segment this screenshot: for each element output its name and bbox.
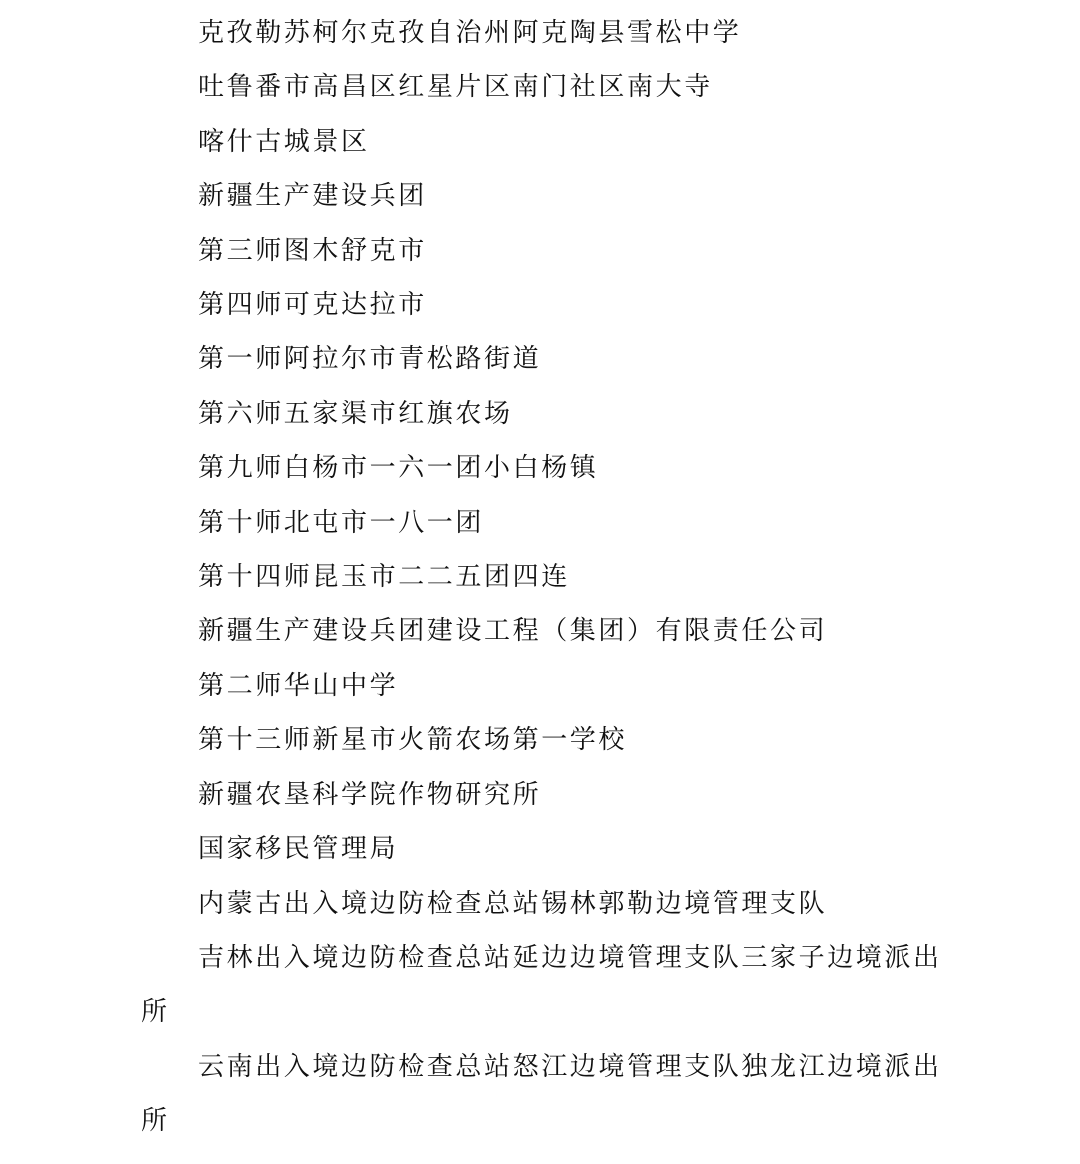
entry-kashgar-old-city: 喀什古城景区 [141, 115, 951, 169]
entry-turpan-nanda-temple: 吐鲁番市高昌区红星片区南门社区南大寺 [141, 60, 951, 114]
entry-inner-mongolia-xilingol: 内蒙古出入境边防检查总站锡林郭勒边境管理支队 [141, 877, 951, 931]
entry-third-division-tumxuk: 第三师图木舒克市 [141, 224, 951, 278]
entry-jilin-sanjiazi-police-station: 吉林出入境边防检查总站延边边境管理支队三家子边境派出所 [141, 931, 951, 1040]
entry-national-immigration-administration: 国家移民管理局 [141, 822, 951, 876]
entry-tenth-division-beitun: 第十师北屯市一八一团 [141, 496, 951, 550]
entry-fourth-division-kokdala: 第四师可克达拉市 [141, 278, 951, 332]
entry-xpcc-construction-group: 新疆生产建设兵团建设工程（集团）有限责任公司 [141, 604, 951, 658]
entry-xpcc-heading: 新疆生产建设兵团 [141, 169, 951, 223]
entry-fourteenth-division-kunyu: 第十四师昆玉市二二五团四连 [141, 550, 951, 604]
entry-kezilesu-akto-xuesong-school: 克孜勒苏柯尔克孜自治州阿克陶县雪松中学 [141, 6, 951, 60]
entry-xinjiang-academy-agri-reclamation: 新疆农垦科学院作物研究所 [141, 768, 951, 822]
entry-thirteenth-division-xinxing: 第十三师新星市火箭农场第一学校 [141, 713, 951, 767]
entry-sixth-division-wujiaqu: 第六师五家渠市红旗农场 [141, 387, 951, 441]
entry-ninth-division-baiyang: 第九师白杨市一六一团小白杨镇 [141, 441, 951, 495]
document-body: 克孜勒苏柯尔克孜自治州阿克陶县雪松中学 吐鲁番市高昌区红星片区南门社区南大寺 喀… [141, 6, 951, 1149]
entry-first-division-aral: 第一师阿拉尔市青松路街道 [141, 332, 951, 386]
entry-second-division-huashan-school: 第二师华山中学 [141, 659, 951, 713]
entry-yunnan-dulongjiang-police-station: 云南出入境边防检查总站怒江边境管理支队独龙江边境派出所 [141, 1040, 951, 1149]
